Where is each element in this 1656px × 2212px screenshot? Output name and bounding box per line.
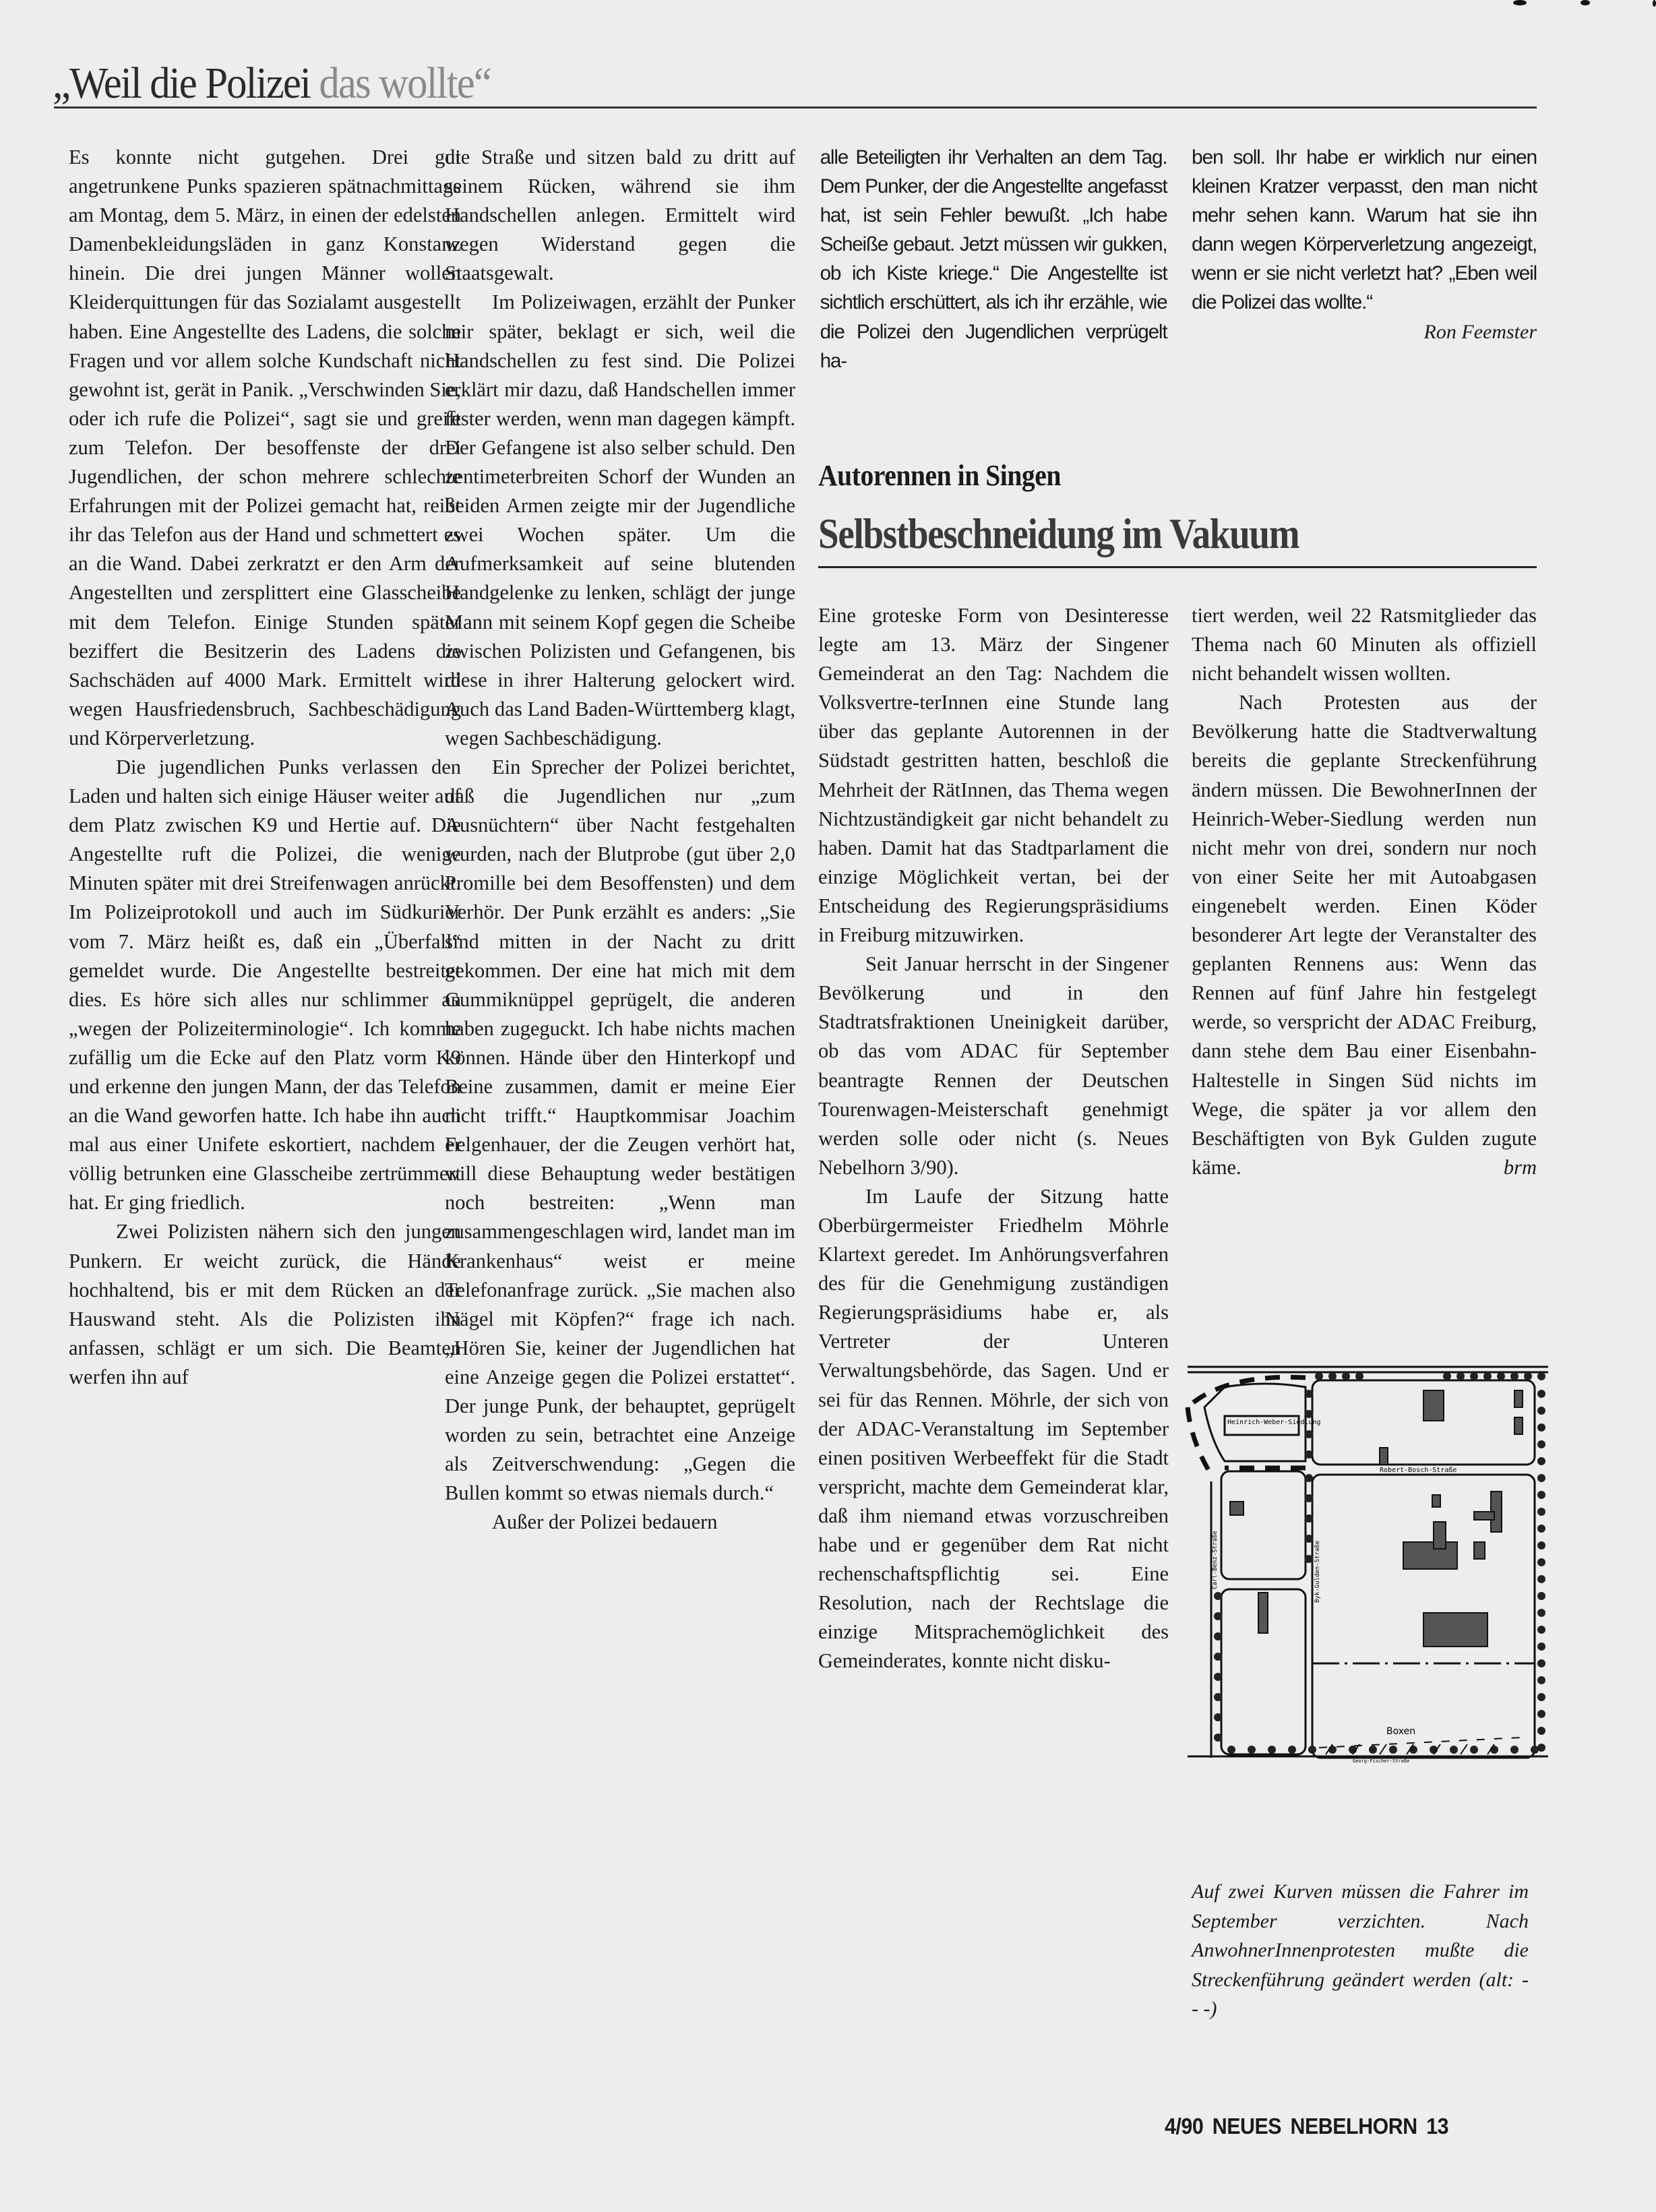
- map-label-pits: Boxen: [1386, 1726, 1415, 1737]
- paragraph: Eine groteske Form von Desinteresse legt…: [818, 601, 1169, 950]
- page-footer: 4/90 NEUES NEBELHORN 13: [1165, 2114, 1448, 2139]
- author-byline: Ron Feemster: [1192, 317, 1537, 346]
- paragraph: ben soll. Ihr habe er wirklich nur einen…: [1192, 143, 1537, 317]
- paragraph: Im Laufe der Sitzung hatte Oberbürgermei…: [818, 1182, 1169, 1676]
- article-2-kicker: Autorennen in Singen: [818, 458, 1061, 493]
- paragraph: Im Polizeiwagen, erzählt der Punker mir …: [445, 288, 795, 753]
- paragraph: Ein Sprecher der Polizei berichtet, daß …: [445, 753, 795, 1508]
- paragraph: Es konnte nicht gutgehen. Drei gut anget…: [69, 143, 461, 753]
- publication-name: NEUES NEBELHORN: [1213, 2114, 1417, 2139]
- paragraph: die Straße und sitzen bald zu dritt auf …: [445, 143, 795, 288]
- scan-speck: [1513, 0, 1527, 5]
- paragraph: Seit Januar herrscht in der Singener Bev…: [818, 950, 1169, 1182]
- article-1-headline: „Weil die Polizei das wollte“: [53, 58, 491, 109]
- race-track-map: Heinrich-Weber-Siedlung Robert-Bosch-Str…: [1184, 1360, 1548, 1764]
- map-label-street: Georg-Fischer-Straße: [1353, 1758, 1409, 1764]
- headline-rule: [818, 566, 1537, 568]
- magazine-page: „Weil die Polizei das wollte“ Es konnte …: [0, 0, 1656, 2212]
- article-1-column-3: alle Beteiligten ihr Verhalten an dem Ta…: [820, 143, 1167, 375]
- article-2-headline: Selbstbeschneidung im Vakuum: [818, 509, 1299, 559]
- headline-rule: [54, 106, 1537, 109]
- author-byline: brm: [1456, 1153, 1537, 1182]
- headline-text-faded: das wollte“: [319, 59, 491, 108]
- map-label-street: Byk-Gulden-Straße: [1314, 1541, 1321, 1603]
- article-2-column-1: Eine groteske Form von Desinteresse legt…: [818, 601, 1169, 1676]
- article-1-column-4: ben soll. Ihr habe er wirklich nur einen…: [1192, 143, 1537, 346]
- paragraph: Außer der Polizei bedauern: [445, 1508, 795, 1537]
- paragraph: Nach Protesten aus der Bevölkerung hatte…: [1192, 688, 1537, 1182]
- map-label-street: Carl-Benz-Straße: [1212, 1531, 1219, 1589]
- article-1-column-2: die Straße und sitzen bald zu dritt auf …: [445, 143, 795, 1537]
- scan-speck: [1581, 0, 1590, 5]
- paragraph-text: Nach Protesten aus der Bevölkerung hatte…: [1192, 691, 1537, 1179]
- scan-speck: [1653, 0, 1656, 7]
- article-1-column-1: Es konnte nicht gutgehen. Drei gut anget…: [69, 143, 461, 1392]
- map-label-settlement: Heinrich-Weber-Siedlung: [1227, 1419, 1320, 1426]
- paragraph: alle Beteiligten ihr Verhalten an dem Ta…: [820, 143, 1167, 375]
- headline-text: „Weil die Polizei: [53, 59, 319, 108]
- issue-number: 4/90: [1165, 2114, 1203, 2139]
- paragraph: Die jugendlichen Punks verlassen den Lad…: [69, 753, 461, 1218]
- page-number: 13: [1426, 2114, 1448, 2139]
- map-caption: Auf zwei Kurven müssen die Fahrer im Sep…: [1192, 1877, 1529, 2024]
- map-label-street: Robert-Bosch-Straße: [1380, 1467, 1456, 1474]
- paragraph: tiert werden, weil 22 Ratsmitglieder das…: [1192, 601, 1537, 688]
- article-2-column-2: tiert werden, weil 22 Ratsmitglieder das…: [1192, 601, 1537, 1182]
- paragraph: Zwei Polizisten nähern sich den jungen P…: [69, 1217, 461, 1392]
